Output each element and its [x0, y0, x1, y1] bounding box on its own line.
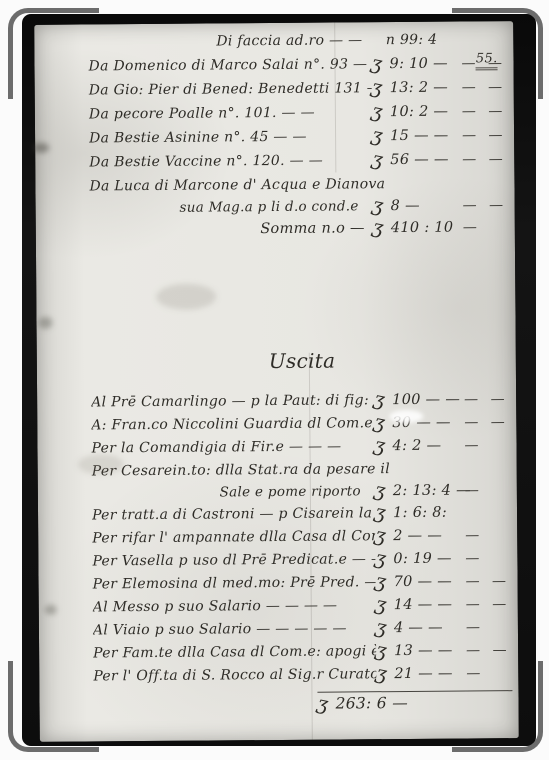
manuscript-page: 55. Di faccia ad.ro — — n 99: 4 Da Domen… — [34, 21, 519, 742]
frame-corner-bottom-left-icon — [8, 661, 99, 752]
ruled-dashes: — — [465, 482, 511, 498]
lira-bracket-icon: ʒ — [370, 81, 390, 94]
lira-bracket-icon: ʒ — [375, 598, 395, 611]
entry-amount: 0: 19 — — [393, 551, 465, 568]
entry-label: Da Bestie Vaccine n°. 120. — — — [89, 152, 372, 170]
lira-bracket-icon: ʒ — [375, 621, 395, 634]
entry-label: Da Gio: Pier di Bened: Benedetti 131 — — [89, 80, 372, 98]
ruled-dashes: — — [464, 437, 510, 453]
paper-stain — [156, 283, 216, 309]
lira-bracket-icon: ʒ — [371, 153, 391, 166]
ruled-dashes: — — — [462, 103, 508, 119]
ledger-row: Da Bestie Vaccine n°. 120. — — ʒ 56 — — … — [89, 151, 508, 178]
ledger-row-two-line: Da Luca di Marcone d' Acqua e Dianova su… — [89, 175, 508, 222]
lira-bracket-icon: ʒ — [373, 416, 393, 429]
somma-amount: 410 : 10 — [391, 220, 463, 237]
entry-label: Per Elemosina dl med.mo: Prē Pred. — — — [93, 574, 376, 592]
ledger-row: Per tratt.a di Castroni — p Cisarein la … — [92, 504, 511, 530]
entry-label: Per rifar l' ampannate dlla Casa dl Com.… — [92, 528, 375, 546]
frame-corner-top-right-icon — [452, 8, 543, 99]
lira-bracket-icon: ʒ — [374, 575, 394, 588]
entry-amount: 70 — — — [394, 574, 466, 591]
entry-amount: 2: 13: 4 — — [393, 483, 465, 500]
ledger-row: Per Elemosina dl med.mo: Prē Pred. — — ʒ… — [93, 573, 512, 599]
entry-amount: 1: 6: 8: — [393, 505, 465, 522]
entry-amount: 13 — — — [394, 643, 466, 660]
ruled-dashes: — — — [466, 573, 512, 589]
ruled-dashes: — — [465, 550, 511, 566]
ink-smudge — [45, 605, 57, 615]
ledger-row: Da Domenico di Marco Salai n°. 93 — ʒ 9:… — [88, 55, 507, 82]
entry-label: Per l' Off.ta di S. Rocco al Sig.r Curat… — [93, 666, 376, 684]
ledger-row: Al Prē Camarlingo — p la Paut: di fig: ʒ… — [91, 391, 510, 417]
lira-bracket-icon: ʒ — [374, 552, 394, 565]
ruled-dashes: — — — [462, 127, 508, 143]
ink-smudge — [38, 317, 52, 329]
ledger-row: Per l' Off.ta di S. Rocco al Sig.r Curat… — [93, 665, 512, 691]
ledger-row: Per rifar l' ampannate dlla Casa dl Com.… — [92, 527, 511, 553]
ledger-row: Per Vasella p uso dl Prē Predicat.e — — … — [92, 550, 511, 576]
lira-bracket-icon: ʒ — [370, 57, 390, 70]
frame-corner-top-left-icon — [8, 8, 99, 99]
entry-sublabel: Sale e pome riporto — [92, 483, 375, 501]
section-heading-uscita: Uscita — [269, 347, 510, 379]
frame-corner-bottom-right-icon — [452, 661, 543, 752]
entry-amount: 10: 2 — — [390, 104, 462, 121]
carried-forward-label: Di faccia ad.ro — — — [216, 32, 362, 49]
ruled-dashes: — — — [463, 197, 509, 213]
income-total-row: Somma n.o — ʒ 410 : 10 — — [90, 219, 509, 246]
ledger-row: Per la Comandigia di Fir.e — — — ʒ 4: 2 … — [91, 437, 510, 463]
entry-label: Al Viaio p suo Salario — — — — — — [93, 620, 376, 638]
carried-forward-row: Di faccia ad.ro — — n 99: 4 — [88, 31, 507, 58]
lira-bracket-icon: ʒ — [316, 698, 336, 711]
entry-label: Da Bestie Asinine n°. 45 — — — [89, 128, 372, 146]
lira-bracket-icon: ʒ — [375, 667, 395, 680]
ledger-row: A: Fran.co Niccolini Guardia dl Com.e — … — [91, 414, 510, 440]
lira-bracket-icon: ʒ — [373, 439, 393, 452]
ruled-dashes: — — — [466, 596, 512, 612]
entry-amount: 14 — — — [394, 597, 466, 614]
ruled-dashes: — — — [466, 642, 512, 658]
lira-bracket-icon: ʒ — [373, 393, 393, 406]
entry-label: Per Vasella p uso dl Prē Predicat.e — — — [92, 551, 375, 569]
entry-amount: 56 — — — [390, 152, 462, 169]
ruled-dashes: — — — [462, 151, 508, 167]
entry-label: A: Fran.co Niccolini Guardia dl Com.e — — [91, 415, 374, 433]
entry-label: Da Luca di Marcone d' Acqua e Dianova — [89, 175, 508, 200]
ruled-dashes: — — [465, 527, 511, 543]
carried-forward-amount: n 99: 4 — [386, 32, 438, 48]
entry-label: Da Domenico di Marco Salai n°. 93 — — [88, 56, 371, 74]
ledger-row: Al Viaio p suo Salario — — — — — ʒ 4 — —… — [93, 619, 512, 645]
ledger-row: Per Fam.te dlla Casa dl Com.e: apogi è c… — [93, 642, 512, 668]
ruled-dashes: — — — [464, 414, 510, 430]
entry-amount: 8 — — [391, 198, 463, 215]
entry-label: Per tratt.a di Castroni — p Cisarein la … — [92, 505, 375, 523]
lira-bracket-icon: ʒ — [374, 506, 394, 519]
total-amount: 263: 6 — — [335, 694, 407, 713]
lira-bracket-icon: ʒ — [374, 529, 394, 542]
entry-sublabel: sua Mag.a p li d.o cond.e — [90, 198, 373, 216]
lira-bracket-icon: ʒ — [371, 105, 391, 118]
ledger-row: Da pecore Poalle n°. 101. — — ʒ 10: 2 — … — [89, 103, 508, 130]
ledger-row: Al Messo p suo Salario — — — — ʒ 14 — — … — [93, 596, 512, 622]
lira-bracket-icon: ʒ — [371, 129, 391, 142]
ruled-dashes: — — — [464, 391, 510, 407]
ledger-row: Da Bestie Asinine n°. 45 — — ʒ 15 — — — … — [89, 127, 508, 154]
ledger-row: Da Gio: Pier di Bened: Benedetti 131 — ʒ… — [89, 79, 508, 106]
entry-label: Per la Comandigia di Fir.e — — — — [91, 438, 374, 456]
ruled-dashes: — — [466, 619, 512, 635]
entry-amount: 15 — — — [390, 128, 462, 145]
expense-total-row: ʒ 263: 6 — — [93, 690, 512, 719]
entry-label: Al Messo p suo Salario — — — — — [93, 597, 376, 615]
ruled-dashes: — — [463, 219, 509, 235]
entry-label: Per Fam.te dlla Casa dl Com.e: apogi è c… — [93, 643, 376, 661]
entry-amount: 2 — — — [393, 528, 465, 545]
lira-bracket-icon: ʒ — [374, 484, 394, 497]
entry-amount: 4: 2 — — [392, 438, 464, 455]
lira-bracket-icon: ʒ — [371, 199, 391, 212]
somma-label: Somma n.o — — [260, 220, 365, 237]
scan-background: 55. Di faccia ad.ro — — n 99: 4 Da Domen… — [22, 14, 536, 746]
entry-amount: 100 — — — [392, 392, 464, 409]
entry-amount: 13: 2 — — [390, 80, 462, 97]
entry-label: Al Prē Camarlingo — p la Paut: di fig: — [91, 392, 374, 410]
entry-label: Da pecore Poalle n°. 101. — — — [89, 104, 372, 122]
entry-amount: 9: 10 — — [389, 56, 461, 73]
ledger-row-two-line: Per Cesarein.to: dlla Stat.ra da pesare … — [92, 460, 511, 507]
lira-bracket-icon: ʒ — [372, 221, 392, 234]
lira-bracket-icon: ʒ — [375, 644, 395, 657]
ink-smudge — [33, 143, 49, 153]
entry-amount: 4 — — — [394, 620, 466, 637]
